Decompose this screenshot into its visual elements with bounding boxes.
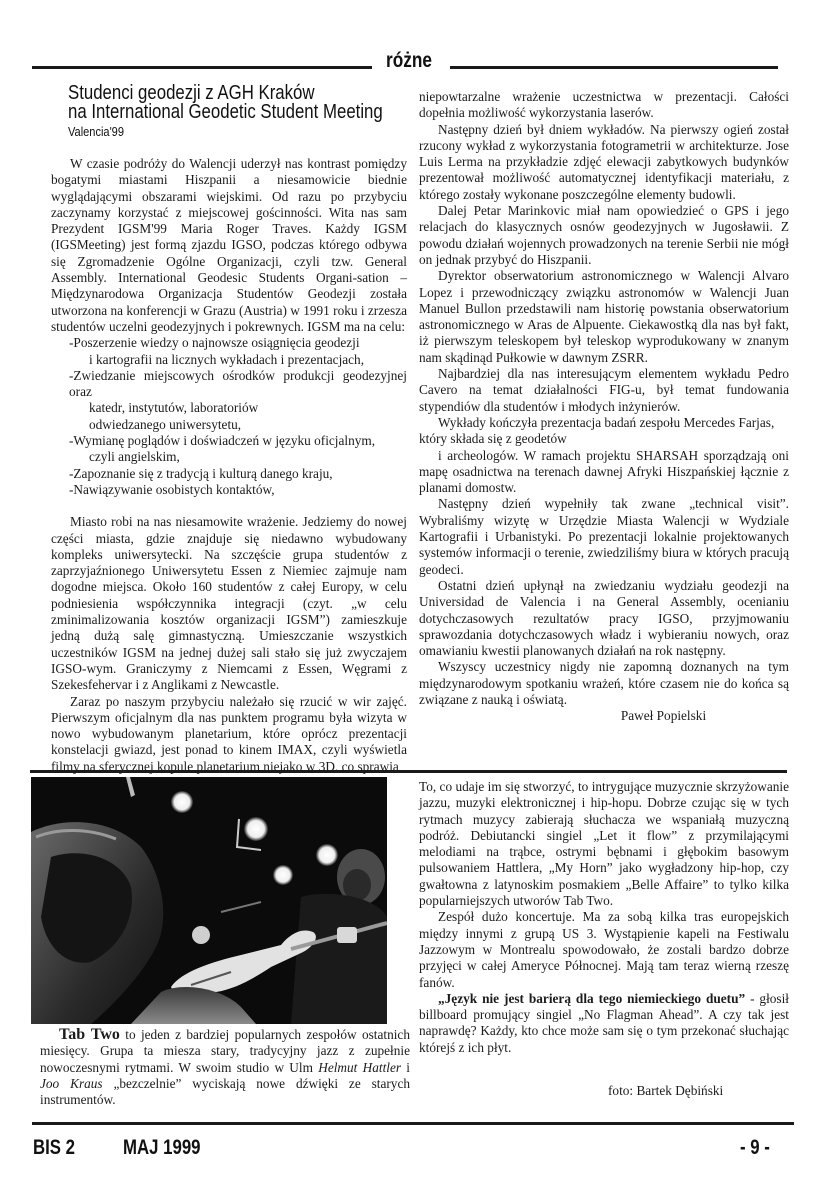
article1-right-column: niepowtarzalne wrażenie uczestnictwa w p… bbox=[419, 89, 789, 725]
footer-date: MAJ 1999 bbox=[123, 1136, 201, 1160]
paragraph: Wszyscy uczestnicy nigdy nie zapomną doz… bbox=[419, 659, 789, 708]
article-subtitle: Valencia'99 bbox=[68, 124, 349, 139]
footer-issue: BIS 2 bbox=[33, 1136, 75, 1160]
photo-credit: foto: Bartek Dębiński bbox=[608, 1083, 723, 1099]
paragraph: Dyrektor obserwatorium astronomicznego w… bbox=[419, 268, 789, 366]
list-item: -Poszerzenie wiedzy o najnowsze osiągnię… bbox=[51, 335, 407, 368]
article1-left-column: W czasie podróży do Walencji uderzył nas… bbox=[51, 156, 407, 775]
paragraph: niepowtarzalne wrażenie uczestnictwa w p… bbox=[419, 89, 789, 122]
paragraph: Miasto robi na nas niesamowite wrażenie.… bbox=[51, 514, 407, 693]
list-item: -Nawiązywanie osobistych kontaktów, bbox=[51, 482, 407, 498]
concert-photo bbox=[31, 777, 387, 1024]
header-rule-left bbox=[32, 66, 372, 69]
article-title-line2: na International Geodetic Student Meetin… bbox=[68, 103, 345, 122]
paragraph: Zespół dużo koncertuje. Ma za sobą kilka… bbox=[419, 909, 789, 990]
article2-body-column: To, co udaje im się stworzyć, to intrygu… bbox=[419, 779, 789, 1056]
list-item: -Wymianę poglądów i doświadczeń w języku… bbox=[51, 433, 407, 466]
photo-caption: Tab Two to jeden z bardziej popularnych … bbox=[40, 1027, 410, 1108]
footer-page-number: - 9 - bbox=[740, 1136, 770, 1160]
paragraph: Zaraz po naszym przybyciu należało się r… bbox=[51, 694, 407, 775]
footer-rule bbox=[32, 1122, 794, 1125]
list-item: -Zapoznanie się z tradycją i kulturą dan… bbox=[51, 466, 407, 482]
paragraph: i archeologów. W ramach projektu SHARSAH… bbox=[419, 448, 789, 497]
section-label: różne bbox=[386, 49, 432, 73]
caption-band-name: Tab Two bbox=[59, 1026, 120, 1043]
article-separator-rule bbox=[30, 770, 787, 773]
paragraph: Wykłady kończyła prezentacja badań zespo… bbox=[419, 415, 789, 448]
article-title-block: Studenci geodezji z AGH Kraków na Intern… bbox=[68, 84, 398, 139]
paragraph: W czasie podróży do Walencji uderzył nas… bbox=[51, 156, 407, 335]
list-item: -Zwiedzanie miejscowych ośrodków produkc… bbox=[51, 368, 407, 433]
musician-name: Helmut Hattler bbox=[318, 1060, 401, 1075]
musician-name: Joo Kraus bbox=[40, 1076, 103, 1091]
paragraph: Następny dzień był dniem wykładów. Na pi… bbox=[419, 122, 789, 203]
quote-bold: „Język nie jest barierą dla tego niemiec… bbox=[438, 991, 745, 1006]
author-signature: Paweł Popielski bbox=[419, 708, 789, 724]
paragraph: Najbardziej dla nas interesującym elemen… bbox=[419, 366, 789, 415]
paragraph: „Język nie jest barierą dla tego niemiec… bbox=[419, 991, 789, 1056]
paragraph: Następny dzień wypełniły tak zwane „tech… bbox=[419, 496, 789, 577]
header-rule-right bbox=[450, 66, 778, 69]
paragraph: Dalej Petar Marinkovic miał nam opowiedz… bbox=[419, 203, 789, 268]
paragraph: To, co udaje im się stworzyć, to intrygu… bbox=[419, 779, 789, 909]
paragraph: Ostatni dzień upłynął na zwiedzaniu wydz… bbox=[419, 578, 789, 659]
